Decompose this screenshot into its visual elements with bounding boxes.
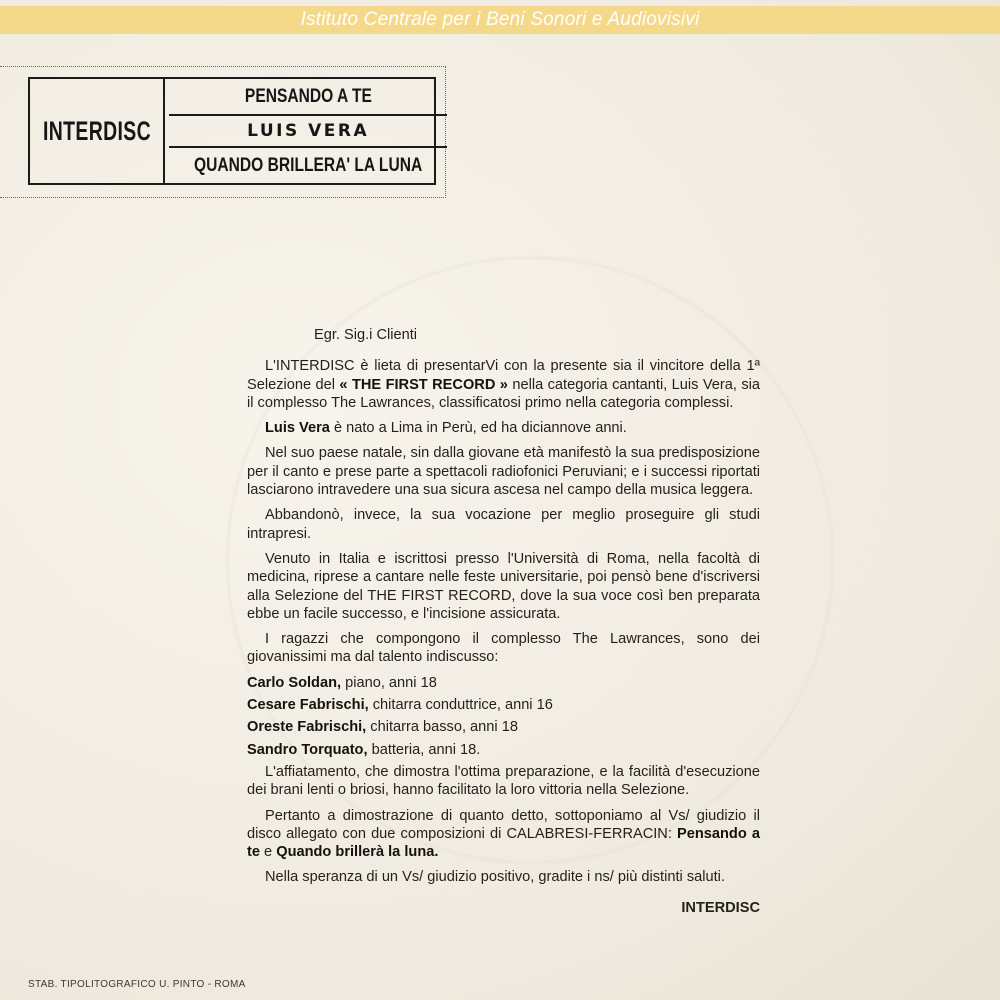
- member-detail: chitarra conduttrice, anni 16: [369, 697, 553, 713]
- letter-body: Egr. Sig.i Clienti L'INTERDISC è lieta d…: [247, 326, 760, 917]
- archive-banner-text: Istituto Centrale per i Beni Sonori e Au…: [301, 9, 700, 31]
- paragraph-italy: Venuto in Italia e iscrittosi presso l'U…: [247, 550, 760, 623]
- paragraph-birth: Luis Vera è nato a Lima in Perù, ed ha d…: [247, 419, 760, 437]
- member-detail: batteria, anni 18.: [368, 742, 481, 758]
- member-detail: chitarra basso, anni 18: [366, 719, 518, 735]
- band-member: Carlo Soldan, piano, anni 18: [247, 674, 760, 692]
- titles-cell: PENSANDO A TE LUIS VERA QUANDO BRILLERA'…: [165, 79, 451, 183]
- printer-credit: STAB. TIPOLITOGRAFICO U. PINTO - ROMA: [28, 979, 246, 990]
- record-label-box: INTERDISC PENSANDO A TE LUIS VERA QUANDO…: [28, 77, 436, 185]
- member-name: Cesare Fabrischi,: [247, 697, 369, 713]
- text: e: [260, 844, 276, 860]
- paragraph-band: I ragazzi che compongono il complesso Th…: [247, 630, 760, 667]
- band-member: Cesare Fabrischi, chitarra conduttrice, …: [247, 696, 760, 714]
- member-detail: piano, anni 18: [341, 675, 437, 691]
- band-member: Oreste Fabrischi, chitarra basso, anni 1…: [247, 718, 760, 736]
- song-2: Quando brillerà la luna.: [276, 844, 438, 860]
- member-name: Carlo Soldan,: [247, 675, 341, 691]
- archive-banner: Istituto Centrale per i Beni Sonori e Au…: [0, 6, 1000, 34]
- paragraph-homeland: Nel suo paese natale, sin dalla giovane …: [247, 444, 760, 499]
- paragraph-songs: Pertanto a dimostrazione di quanto detto…: [247, 807, 760, 862]
- signature: INTERDISC: [247, 899, 760, 917]
- title-a-row: PENSANDO A TE: [169, 79, 447, 114]
- artist-name: LUIS VERA: [247, 121, 369, 141]
- paragraph-intro: L'INTERDISC è lieta di presentarVi con l…: [247, 357, 760, 412]
- paragraph-closing: Nella speranza di un Vs/ giudizio positi…: [247, 868, 760, 886]
- brand-cell: INTERDISC: [30, 79, 165, 183]
- paragraph-studies: Abbandonò, invece, la sua vocazione per …: [247, 506, 760, 543]
- artist-bold: Luis Vera: [265, 420, 330, 436]
- band-member: Sandro Torquato, batteria, anni 18.: [247, 741, 760, 759]
- contest-name: « THE FIRST RECORD »: [339, 377, 508, 393]
- song-title-b: QUANDO BRILLERA' LA LUNA: [194, 155, 422, 177]
- member-name: Sandro Torquato,: [247, 742, 368, 758]
- brand-name: INTERDISC: [43, 116, 151, 147]
- salutation: Egr. Sig.i Clienti: [314, 326, 760, 344]
- paragraph-teamwork: L'affiatamento, che dimostra l'ottima pr…: [247, 763, 760, 800]
- artist-row: LUIS VERA: [169, 114, 447, 148]
- member-name: Oreste Fabrischi,: [247, 719, 366, 735]
- title-b-row: QUANDO BRILLERA' LA LUNA: [169, 148, 447, 183]
- song-title-a: PENSANDO A TE: [245, 86, 372, 108]
- text: è nato a Lima in Perù, ed ha diciannove …: [330, 420, 627, 436]
